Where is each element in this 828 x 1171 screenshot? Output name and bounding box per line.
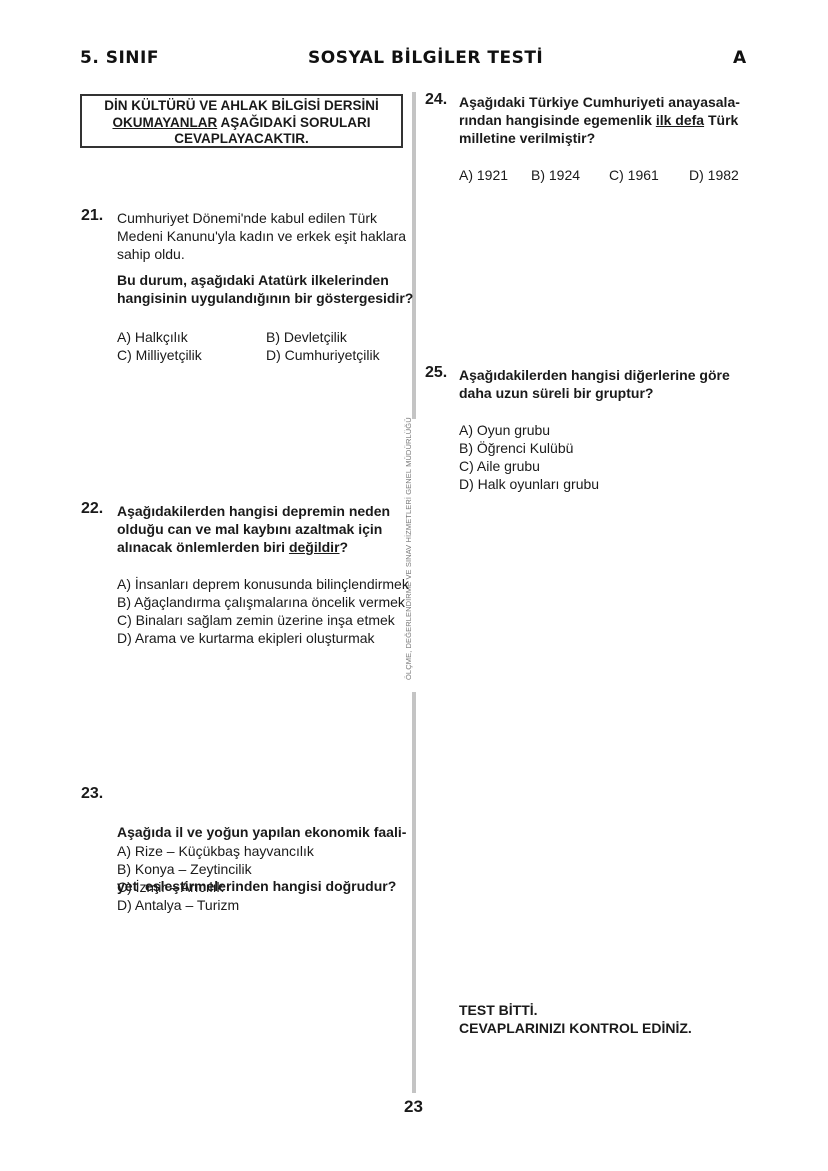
question-prompt: Aşağıdakilerden hangisi diğerlerine göre… <box>459 366 730 402</box>
question-prompt: Aşağıdakilerden hangisi depremin neden o… <box>117 502 390 556</box>
option-d[interactable]: D) Antalya – Turizm <box>117 896 239 914</box>
prompt-text: Türk <box>704 112 738 128</box>
prompt-line: Aşağıdakilerden hangisi diğerlerine göre <box>459 366 730 384</box>
prompt-line: daha uzun süreli bir gruptur? <box>459 384 730 402</box>
option-b[interactable]: B) 1924 <box>531 166 580 184</box>
question-prompt: Aşağıdaki Türkiye Cumhuriyeti anayasala-… <box>459 93 740 147</box>
option-b[interactable]: B) Öğrenci Kulübü <box>459 439 573 457</box>
option-c[interactable]: C) Milliyetçilik <box>117 346 202 364</box>
option-d[interactable]: D) Arama ve kurtarma ekipleri oluşturmak <box>117 629 375 647</box>
question-number: 23. <box>81 785 103 803</box>
stem-line: Cumhuriyet Dönemi'nde kabul edilen Türk <box>117 209 406 227</box>
option-d[interactable]: D) Halk oyunları grubu <box>459 475 599 493</box>
question-number: 22. <box>81 500 103 518</box>
notice-box: DİN KÜLTÜRÜ VE AHLAK BİLGİSİ DERSİNİ OKU… <box>80 94 403 148</box>
option-a[interactable]: A) İnsanları deprem konusunda bilinçlend… <box>117 575 409 593</box>
prompt-emphasis: ilk defa <box>656 112 704 128</box>
end-note-line-2: CEVAPLARINIZI KONTROL EDİNİZ. <box>459 1019 692 1037</box>
notice-line-1: DİN KÜLTÜRÜ VE AHLAK BİLGİSİ DERSİNİ <box>82 98 401 115</box>
option-c[interactable]: C) İzmir – Arıcılık <box>117 878 224 896</box>
page-number: 23 <box>404 1097 423 1117</box>
prompt-line: rından hangisinde egemenlik ilk defa Tür… <box>459 111 740 129</box>
question-number: 21. <box>81 207 103 225</box>
notice-line-2-rest: AŞAĞIDAKİ SORULARI <box>217 115 370 130</box>
prompt-line: alınacak önlemlerden biri değildir? <box>117 538 390 556</box>
option-a[interactable]: A) 1921 <box>459 166 508 184</box>
publisher-side-text: ÖLÇME, DEĞERLENDİRME VE SINAV HİZMETLERİ… <box>404 417 413 680</box>
option-b[interactable]: B) Devletçilik <box>266 328 347 346</box>
option-d[interactable]: D) 1982 <box>689 166 739 184</box>
prompt-text: rından hangisinde egemenlik <box>459 112 656 128</box>
column-divider-bottom <box>412 692 416 1093</box>
grade-label: 5. SINIF <box>80 48 159 68</box>
option-c[interactable]: C) Binaları sağlam zemin üzerine inşa et… <box>117 611 395 629</box>
question-number: 24. <box>425 91 447 109</box>
option-a[interactable]: A) Oyun grubu <box>459 421 550 439</box>
booklet-letter: A <box>733 48 747 68</box>
column-divider-top <box>412 92 416 419</box>
question-number: 25. <box>425 364 447 382</box>
end-note: TEST BİTTİ. CEVAPLARINIZI KONTROL EDİNİZ… <box>459 1001 692 1037</box>
test-title: SOSYAL BİLGİLER TESTİ <box>308 48 543 68</box>
prompt-emphasis: değildir <box>289 539 340 555</box>
prompt-text: ? <box>340 539 349 555</box>
prompt-line: Aşağıdaki Türkiye Cumhuriyeti anayasala- <box>459 93 740 111</box>
stem-line: sahip oldu. <box>117 245 406 263</box>
prompt-line: Aşağıdakilerden hangisi depremin neden <box>117 502 390 520</box>
notice-line-2: OKUMAYANLAR AŞAĞIDAKİ SORULARI <box>82 115 401 132</box>
notice-line-3: CEVAPLAYACAKTIR. <box>82 131 401 148</box>
option-b[interactable]: B) Ağaçlandırma çalışmalarına öncelik ve… <box>117 593 405 611</box>
option-a[interactable]: A) Halkçılık <box>117 328 188 346</box>
prompt-line: hangisinin uygulandığının bir göstergesi… <box>117 289 413 307</box>
option-b[interactable]: B) Konya – Zeytincilik <box>117 860 252 878</box>
notice-underlined: OKUMAYANLAR <box>112 115 217 130</box>
option-c[interactable]: C) 1961 <box>609 166 659 184</box>
option-c[interactable]: C) Aile grubu <box>459 457 540 475</box>
prompt-line: Bu durum, aşağıdaki Atatürk ilkelerinden <box>117 271 413 289</box>
end-note-line-1: TEST BİTTİ. <box>459 1001 692 1019</box>
prompt-text: alınacak önlemlerden biri <box>117 539 289 555</box>
question-prompt: Bu durum, aşağıdaki Atatürk ilkelerinden… <box>117 271 413 307</box>
prompt-line: olduğu can ve mal kaybını azaltmak için <box>117 520 390 538</box>
prompt-line: Aşağıda il ve yoğun yapılan ekonomik faa… <box>117 823 406 841</box>
prompt-line: milletine verilmiştir? <box>459 129 740 147</box>
question-stem: Cumhuriyet Dönemi'nde kabul edilen Türk … <box>117 209 406 263</box>
option-a[interactable]: A) Rize – Küçükbaş hayvancılık <box>117 842 314 860</box>
stem-line: Medeni Kanunu'yla kadın ve erkek eşit ha… <box>117 227 406 245</box>
option-d[interactable]: D) Cumhuriyetçilik <box>266 346 380 364</box>
